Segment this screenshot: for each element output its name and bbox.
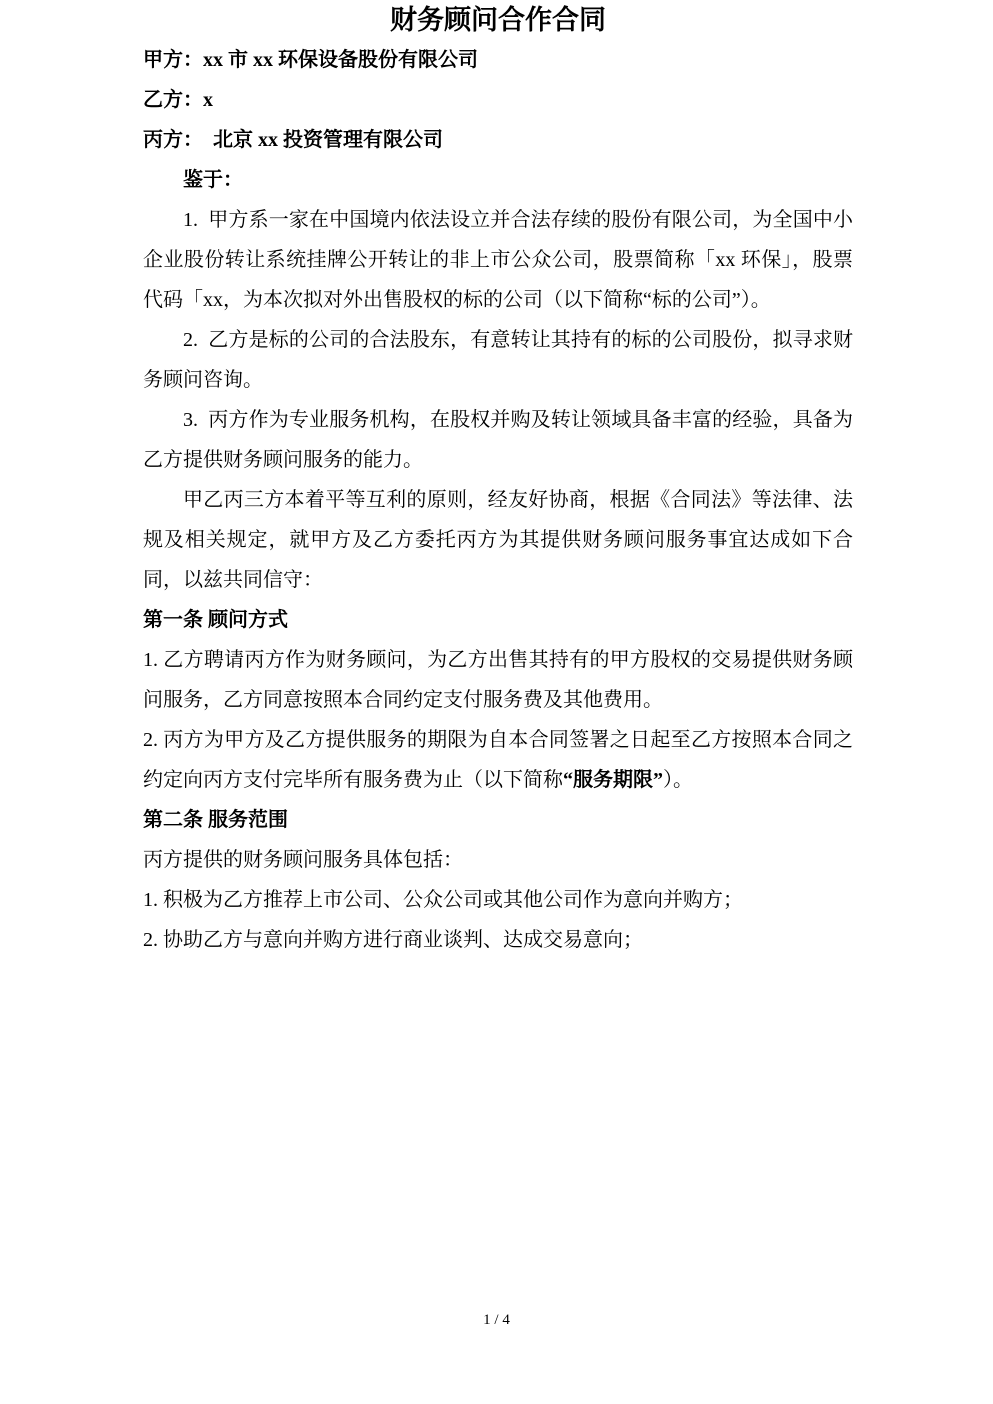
section-2-intro: 丙方提供的财务顾问服务具体包括： — [143, 840, 853, 880]
party-line-jia: 甲方：xx 市 xx 环保设备股份有限公司 — [143, 40, 853, 80]
defined-term-service-period: “服务期限” — [563, 769, 663, 791]
paragraph-text-prefix: 2. 丙方为甲方及乙方提供服务的期限为自本合同签署之日起至乙方按照本合同之约定向… — [143, 729, 853, 791]
recital-1: 1. 甲方系一家在中国境内依法设立并合法存续的股份有限公司，为全国中小企业股份转… — [143, 200, 853, 320]
party-line-bing: 丙方： 北京 xx 投资管理有限公司 — [143, 120, 853, 160]
recital-3: 3. 丙方作为专业服务机构，在股权并购及转让领域具备丰富的经验，具备为乙方提供财… — [143, 400, 853, 480]
section-2-item-2: 2. 协助乙方与意向并购方进行商业谈判、达成交易意向； — [143, 920, 853, 960]
paragraph-text-suffix: ）。 — [663, 769, 693, 791]
section-2-heading: 第二条 服务范围 — [143, 800, 853, 840]
contract-content: 财务顾问合作合同 甲方：xx 市 xx 环保设备股份有限公司 乙方：x 丙方： … — [143, 0, 853, 960]
page-title: 财务顾问合作合同 — [143, 0, 853, 40]
page-number: 1 / 4 — [0, 1300, 993, 1340]
contract-page: 财务顾问合作合同 甲方：xx 市 xx 环保设备股份有限公司 乙方：x 丙方： … — [0, 0, 993, 1404]
recital-2: 2. 乙方是标的公司的合法股东，有意转让其持有的标的公司股份，拟寻求财务顾问咨询… — [143, 320, 853, 400]
section-1-paragraph-2: 2. 丙方为甲方及乙方提供服务的期限为自本合同签署之日起至乙方按照本合同之约定向… — [143, 720, 853, 800]
section-2-item-1: 1. 积极为乙方推荐上市公司、公众公司或其他公司作为意向并购方； — [143, 880, 853, 920]
whereas-label: 鉴于： — [143, 160, 853, 200]
preamble: 甲乙丙三方本着平等互利的原则，经友好协商，根据《合同法》等法律、法规及相关规定，… — [143, 480, 853, 600]
party-line-yi: 乙方：x — [143, 80, 853, 120]
section-1-paragraph-1: 1. 乙方聘请丙方作为财务顾问，为乙方出售其持有的甲方股权的交易提供财务顾问服务… — [143, 640, 853, 720]
section-1-heading: 第一条 顾问方式 — [143, 600, 853, 640]
